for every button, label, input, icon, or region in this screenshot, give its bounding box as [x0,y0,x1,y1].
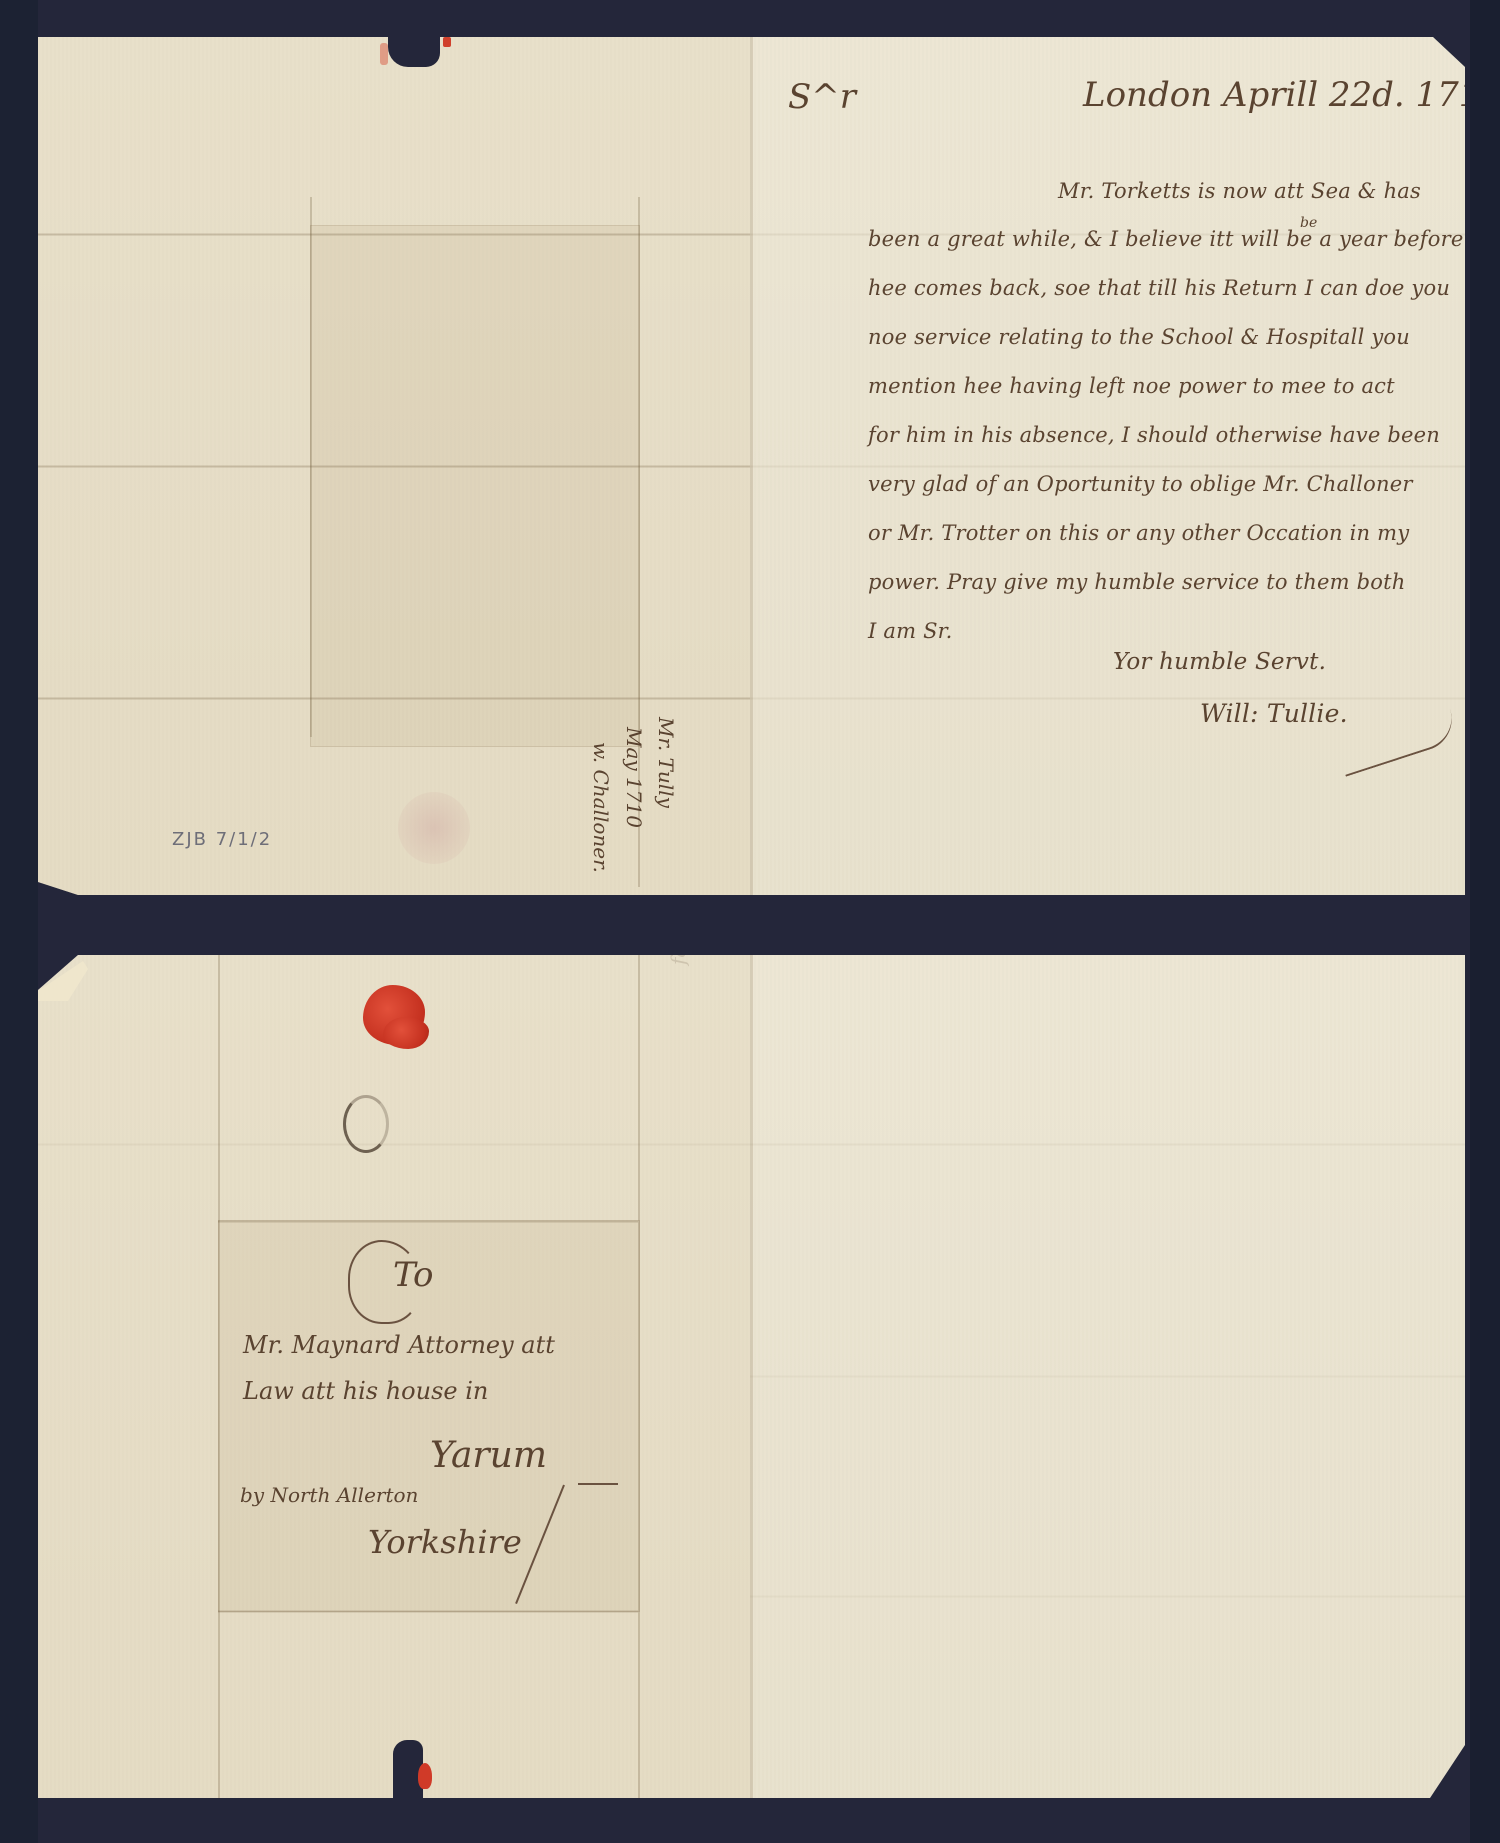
closing: Yor humble Servt. [1113,649,1326,675]
bleed-through-docket: faint reversed docket [666,955,690,965]
torn-seal-hole [388,37,440,67]
red-wax-seal-drip [383,1017,429,1049]
letter-line: for him in his absence, I should otherwi… [868,423,1440,447]
letter-line: mention hee having left noe power to mee… [868,374,1395,398]
docket-line-3: w. Challoner. [589,742,613,873]
letter-sheet-back: faint reversed docket To Mr. Maynard Att… [38,955,1465,1798]
fold-line [38,697,750,700]
fold-line [750,697,1465,700]
address-line-1: Mr. Maynard Attorney att [243,1331,555,1359]
fold-line [218,1610,638,1613]
fold-line [38,233,750,236]
letter-line: hee comes back, soe that till his Return… [868,276,1450,300]
fold-line [750,465,1465,468]
scan-background-right [1470,0,1500,1843]
dateline: London Aprill 22d. 1710. [1083,75,1465,115]
address-line-2: Law att his house in [243,1377,488,1405]
letter-line: very glad of an Oportunity to oblige Mr.… [868,472,1413,496]
scan-background-left [0,0,38,1843]
address-town: Yarum [430,1435,547,1476]
wax-residue [380,43,388,65]
fold-line [38,1143,1465,1146]
fold-line [638,955,640,1798]
folded-panel-stain [310,225,640,747]
fold-line [750,1375,1465,1378]
fold-line [38,465,750,468]
docket-line-1: Mr. Tully [654,717,678,808]
circular-postmark [343,1095,389,1153]
fold-line [750,1595,1465,1598]
letter-line: I am Sr. [868,619,952,643]
address-to: To [393,1255,434,1295]
archive-reference: ZJB 7/1/2 [172,829,272,850]
address-county: Yorkshire [368,1523,522,1561]
letter-line: Mr. Torketts is now att Sea & has [1058,179,1421,203]
address-post-route: by North Allerton [240,1483,418,1507]
wax-residue [443,37,451,47]
salutation: S^r [788,77,856,117]
letter-sheet-front: ZJB 7/1/2 Mr. Tully May 1710 w. Challone… [38,37,1465,895]
postage-mark-top [578,1483,618,1491]
letter-line: or Mr. Trotter on this or any other Occa… [868,521,1409,545]
docket-line-2: May 1710 [622,727,646,828]
fold-line [218,1220,638,1223]
seal-ghost-mark [398,792,470,864]
fold-line [218,955,220,1798]
wax-fragment [418,1763,432,1789]
signature: Will: Tullie. [1200,699,1348,728]
letter-line: noe service relating to the School & Hos… [868,325,1410,349]
letter-line: power. Pray give my humble service to th… [868,570,1405,594]
letter-line: been a great while, & I believe itt will… [868,227,1463,251]
fold-line [310,197,312,737]
